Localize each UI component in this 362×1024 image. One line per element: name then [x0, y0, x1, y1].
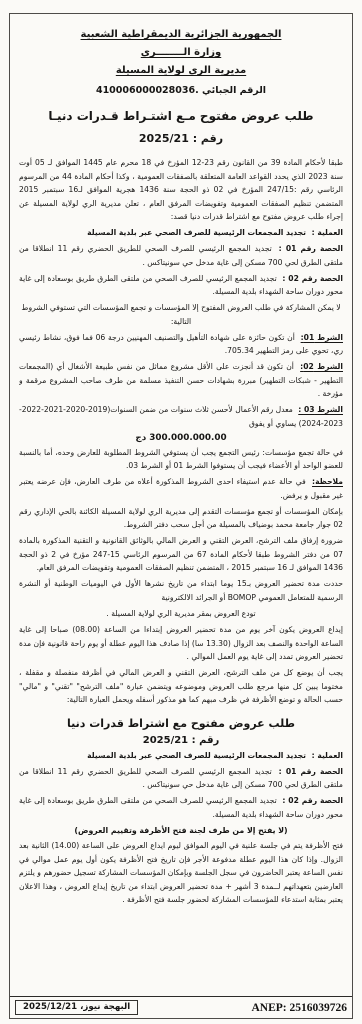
condition-3: الشرط 03 : معدل رقم الأعمال لأحسن ثلاث س… — [19, 403, 343, 430]
directorate-line: مديرية الري لولاية المسيلة — [19, 65, 343, 76]
envelope-operation-text: تجديد المجمعات الرئيسية للصرف الصحي عبر … — [87, 751, 306, 760]
envelope-lot-1-label: الحصة رقم 01 : — [279, 767, 343, 776]
participation-line: لا يمكن المشاركة في طلب العروض المفتوح إ… — [19, 301, 343, 328]
lot-1-line: الحصة رقم 01 : تجديد المجمع الرئيسي للصر… — [19, 242, 343, 269]
ministry-line: وزارة الــــــــري — [19, 47, 343, 58]
condition-1-label: الشرط 01: — [301, 333, 343, 342]
condition-3-label: الشرط 03 : — [298, 405, 343, 414]
tax-id-line: الرقم الجبائي .410006000028036 — [19, 85, 343, 96]
preparation-duration-paragraph: حددت مدة تحضير العروض بـ15 يوما ابتداء م… — [19, 577, 343, 604]
envelope-lot-2-line: الحصة رقم 02 : تجديد المجمع الرئيسي للصر… — [19, 794, 343, 821]
deposit-time-paragraph: إيداع العروض يكون آخر يوم من مدة تحضير ا… — [19, 623, 343, 664]
document-frame: الجمهورية الجزائرية الديمقراطية الشعبية … — [9, 13, 353, 1019]
envelope-lot-1-line: الحصة رقم 01 : تجديد المجمع الرئيسي للصر… — [19, 765, 343, 792]
lot-1-label: الحصة رقم 01 : — [279, 244, 343, 253]
note-paragraph: ملاحظة: في حالة عدم استيفاء احدى الشروط … — [19, 475, 343, 502]
lot-2-line: الحصة رقم 02 : تجديد المجمع الرئيسي للصر… — [19, 272, 343, 299]
envelope-operation-line: العملية : تجديد المجمعات الرئيسية للصرف … — [19, 749, 343, 763]
note-text: في حالة عدم استيفاء احدى الشروط المذكورة… — [19, 477, 343, 500]
withdraw-paragraph: بإمكان المؤسسات أو تجمع مؤسسات التقدم إل… — [19, 505, 343, 532]
condition-3-text: معدل رقم الأعمال لأحسن ثلاث سنوات من ضمن… — [19, 405, 343, 428]
deposit-location-line: تودع العروض بمقر مديرية الري لولاية المس… — [19, 607, 343, 621]
header-block: الجمهورية الجزائرية الديمقراطية الشعبية … — [19, 29, 343, 96]
tender-number: رقم : 2025/21 — [19, 132, 343, 145]
lot-2-label: الحصة رقم 02 : — [282, 274, 343, 283]
envelope-title: طلب عروض مفتوح مع اشتراط قدرات دنيا — [19, 717, 343, 730]
envelope-number: رقم : 2025/21 — [19, 735, 343, 746]
operation-text: تجديد المجمعات الرئيسية للصرف الصحي عبر … — [87, 228, 306, 237]
condition-1-text: أن تكون حائزة على شهادة التأهيل والتصنيف… — [19, 333, 343, 356]
document-content: الجمهورية الجزائرية الديمقراطية الشعبية … — [19, 22, 343, 991]
legal-basis-paragraph: طبقا لأحكام المادة 39 من القانون رقم 23-… — [19, 156, 343, 224]
documents-paragraph: ضرورة إرفاق ملف الترشح، العرض التقني و ا… — [19, 534, 343, 575]
condition-2: الشرط 02: أن تكون قد أنجزت على الأقل مشر… — [19, 360, 343, 401]
envelope-open-note: (لا يفتح إلا من طرف لجنة فتح الأظرفة وتق… — [19, 826, 343, 835]
operation-label: العملية : — [312, 228, 343, 237]
journal-date-box: البهجة نيوز، 2025/12/21 — [15, 1000, 138, 1015]
envelopes-paragraph: يجب أن يوضع كل من ملف الترشح، العرض التق… — [19, 666, 343, 707]
envelope-lot-2-label: الحصة رقم 02 : — [282, 796, 343, 805]
operation-line: العملية : تجديد المجمعات الرئيسية للصرف … — [19, 226, 343, 240]
envelope-operation-label: العملية : — [312, 751, 343, 760]
condition-3-amount: 300.000.000.00 دج — [19, 433, 343, 443]
condition-1: الشرط 01: أن تكون حائزة على شهادة التأهي… — [19, 331, 343, 358]
document-page: الجمهورية الجزائرية الديمقراطية الشعبية … — [0, 0, 362, 1024]
grouping-paragraph: في حالة تجمع مؤسسات: رئيس التجمع يجب أن … — [19, 446, 343, 473]
anep-number: ANEP: 2516039726 — [251, 1002, 347, 1014]
republic-line: الجمهورية الجزائرية الديمقراطية الشعبية — [19, 29, 343, 40]
note-label: ملاحظة: — [312, 477, 343, 486]
condition-2-text: أن تكون قد أنجزت على الأقل مشروع مماثل م… — [19, 362, 343, 398]
condition-2-label: الشرط 02: — [300, 362, 343, 371]
footer-bar: ANEP: 2516039726 البهجة نيوز، 2025/12/21 — [10, 996, 352, 1018]
tender-title: طلب عروض مفتوح مـع اشتـراط قـدرات دنيـا — [19, 109, 343, 123]
closing-paragraph: فتح الأظرفة يتم في جلسة علنية في اليوم ا… — [19, 839, 343, 907]
